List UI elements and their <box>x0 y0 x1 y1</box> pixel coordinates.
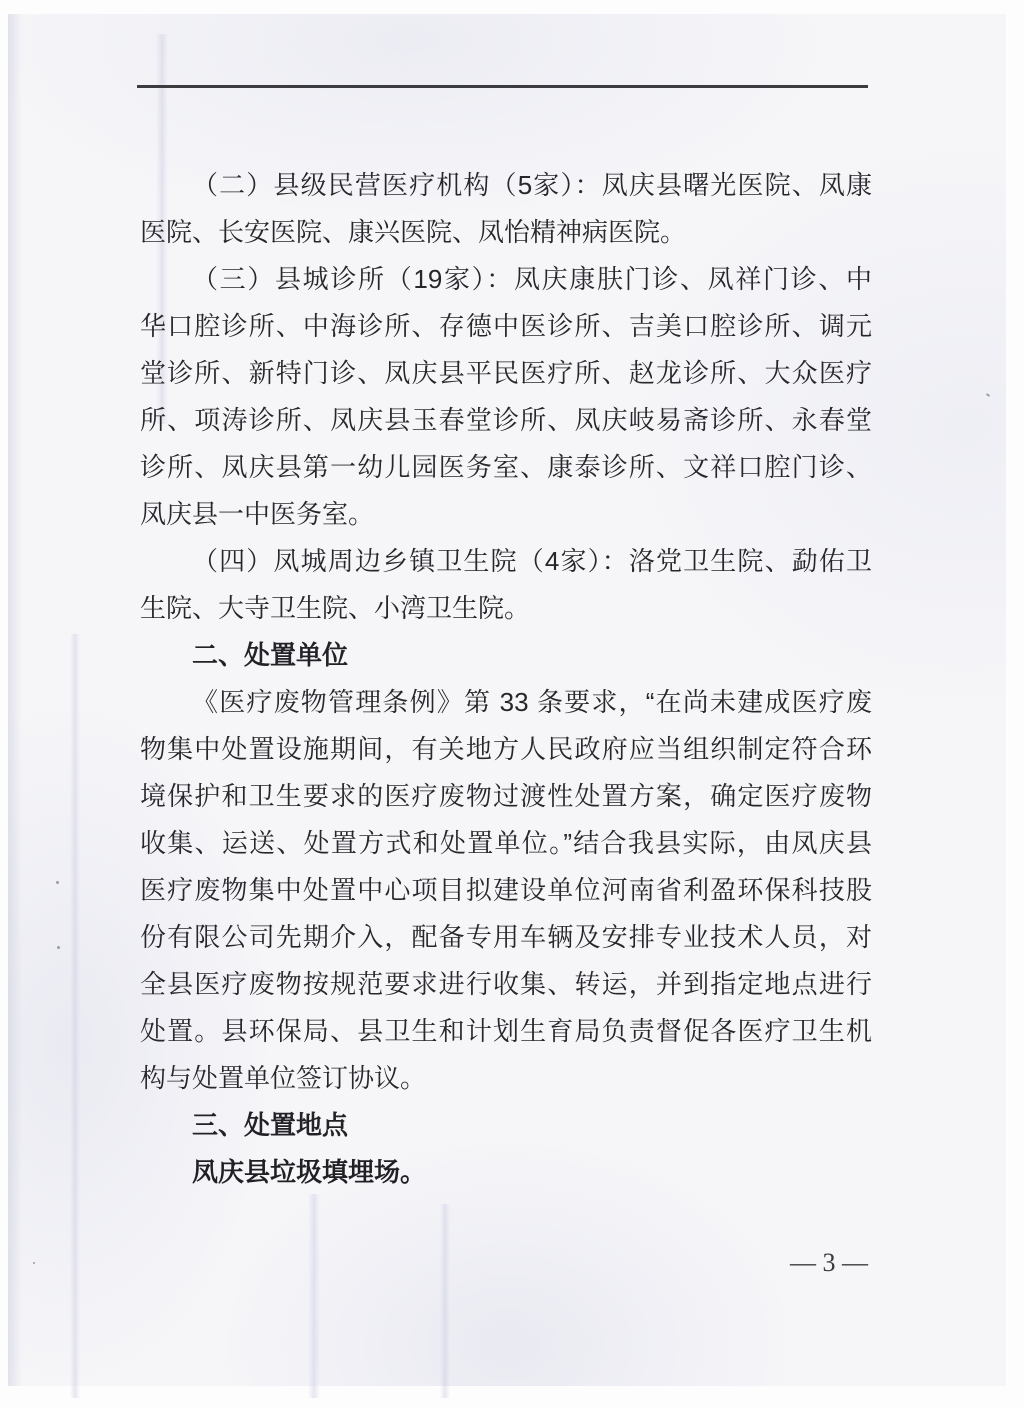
text-line: 医疗废物集中处置中心项目拟建设单位河南省利盈环保科技股 <box>140 867 872 914</box>
text-line: 收集、运送、处置方式和处置单位。”结合我县实际，由凤庆县 <box>140 820 872 867</box>
text-line: 所、项涛诊所、凤庆县玉春堂诊所、凤庆岐易斋诊所、永春堂 <box>140 397 872 444</box>
text-line: （四）凤城周边乡镇卫生院（4家）：洛党卫生院、勐佑卫 <box>140 538 872 585</box>
text-line: 医院、长安医院、康兴医院、凤怡精神病医院。 <box>140 209 872 256</box>
text-line: 《医疗废物管理条例》第 33 条要求，“在尚未建成医疗废 <box>140 679 872 726</box>
text-line: 处置。县环保局、县卫生和计划生育局负责督促各医疗卫生机 <box>140 1008 872 1055</box>
scan-speck <box>56 881 59 884</box>
text-line: 诊所、凤庆县第一幼儿园医务室、康泰诊所、文祥口腔门诊、 <box>140 444 872 491</box>
text-line: （三）县城诊所（19家）：凤庆康肤门诊、凤祥门诊、中 <box>140 256 872 303</box>
scanned-document-page: （二）县级民营医疗机构（5家）：凤庆县曙光医院、凤康 医院、长安医院、康兴医院、… <box>0 0 1024 1408</box>
page-number: — 3 — <box>696 1239 868 1286</box>
paper-crease <box>70 634 80 1398</box>
text-line: 华口腔诊所、中海诊所、存德中医诊所、吉美口腔诊所、调元 <box>140 303 872 350</box>
section-heading-disposal-site: 三、处置地点 <box>140 1102 872 1149</box>
text-line: 物集中处置设施期间，有关地方人民政府应当组织制定符合环 <box>140 726 872 773</box>
text-line: （二）县级民营医疗机构（5家）：凤庆县曙光医院、凤康 <box>140 162 872 209</box>
header-divider-line <box>137 85 868 88</box>
text-line: 生院、大寺卫生院、小湾卫生院。 <box>140 585 872 632</box>
disposal-site-text: 凤庆县垃圾填埋场。 <box>140 1149 872 1196</box>
text-line: 境保护和卫生要求的医疗废物过渡性处置方案，确定医疗废物 <box>140 773 872 820</box>
section-heading-disposal-unit: 二、处置单位 <box>140 632 872 679</box>
text-line: 全县医疗废物按规范要求进行收集、转运，并到指定地点进行 <box>140 961 872 1008</box>
paper-crease <box>308 1194 320 1398</box>
scan-speck <box>33 1262 35 1264</box>
text-line: 构与处置单位签订协议。 <box>140 1055 872 1102</box>
scan-speck <box>57 946 60 949</box>
document-body: （二）县级民营医疗机构（5家）：凤庆县曙光医院、凤康 医院、长安医院、康兴医院、… <box>140 162 872 1196</box>
paper-crease <box>440 1204 450 1398</box>
text-line: 份有限公司先期介入，配备专用车辆及安排专业技术人员，对 <box>140 914 872 961</box>
text-line: 堂诊所、新特门诊、凤庆县平民医疗所、赵龙诊所、大众医疗 <box>140 350 872 397</box>
text-line: 凤庆县一中医务室。 <box>140 491 872 538</box>
